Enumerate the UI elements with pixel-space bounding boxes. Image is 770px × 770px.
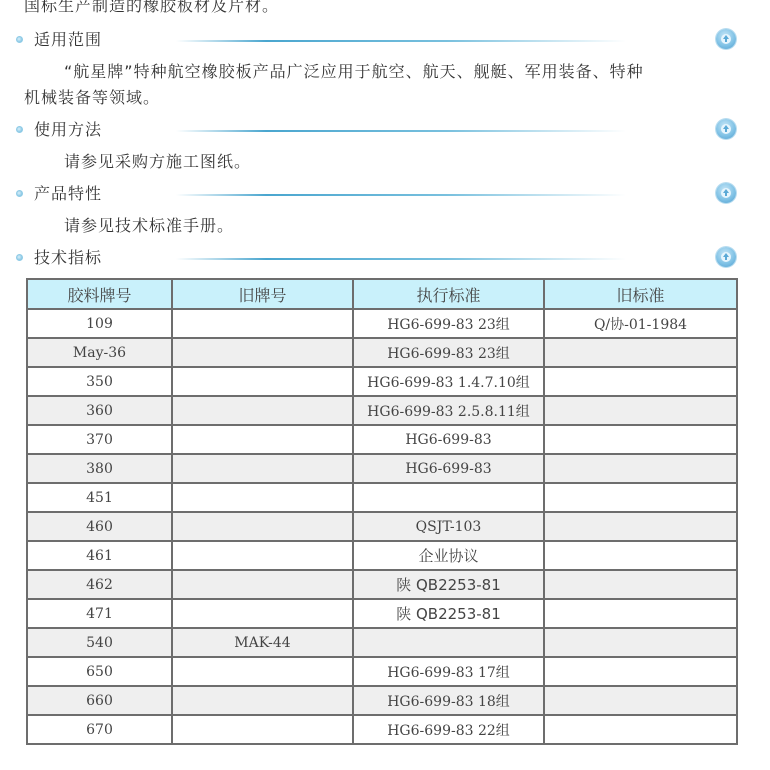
compound-grade-cell: 109 bbox=[27, 309, 172, 338]
old-standard-cell bbox=[544, 425, 737, 454]
standard-cell bbox=[353, 628, 544, 657]
old-grade-cell: MAK-44 bbox=[172, 628, 353, 657]
section-header-usage: 使用方法 bbox=[16, 118, 740, 142]
compound-grade-cell: 650 bbox=[27, 657, 172, 686]
table-row: 471陕 QB2253-81 bbox=[27, 599, 737, 628]
old-standard-cell bbox=[544, 570, 737, 599]
section-body-line: 请参见技术标准手册。 bbox=[64, 214, 234, 238]
old-standard-cell bbox=[544, 338, 737, 367]
section-title: 产品特性 bbox=[34, 182, 102, 206]
old-grade-cell bbox=[172, 454, 353, 483]
compound-grade-cell: 660 bbox=[27, 686, 172, 715]
compound-grade-cell: 540 bbox=[27, 628, 172, 657]
compound-grade-cell: 380 bbox=[27, 454, 172, 483]
compound-grade-cell: May-36 bbox=[27, 338, 172, 367]
table-row: 540MAK-44 bbox=[27, 628, 737, 657]
standard-cell bbox=[353, 483, 544, 512]
section-header-features: 产品特性 bbox=[16, 182, 740, 206]
standard-cell: 陕 QB2253-81 bbox=[353, 599, 544, 628]
standard-cell: HG6-699-83 22组 bbox=[353, 715, 544, 744]
old-grade-cell bbox=[172, 309, 353, 338]
table-row: 670HG6-699-83 22组 bbox=[27, 715, 737, 744]
section-body-line: 请参见采购方施工图纸。 bbox=[64, 150, 251, 174]
back-to-top-icon[interactable] bbox=[716, 183, 736, 203]
old-standard-cell bbox=[544, 512, 737, 541]
table-row: 650HG6-699-83 17组 bbox=[27, 657, 737, 686]
standard-cell: HG6-699-83 17组 bbox=[353, 657, 544, 686]
compound-grade-cell: 670 bbox=[27, 715, 172, 744]
old-standard-cell bbox=[544, 396, 737, 425]
standard-cell: HG6-699-83 23组 bbox=[353, 309, 544, 338]
section-header-specs: 技术指标 bbox=[16, 246, 740, 270]
old-grade-cell bbox=[172, 483, 353, 512]
compound-grade-cell: 350 bbox=[27, 367, 172, 396]
compound-grade-cell: 461 bbox=[27, 541, 172, 570]
section-title: 使用方法 bbox=[34, 118, 102, 142]
intro-text: 国标生产制造的橡胶板材及片材。 bbox=[24, 0, 279, 18]
table-row: 360HG6-699-83 2.5.8.11组 bbox=[27, 396, 737, 425]
column-header-compound-grade: 胶料牌号 bbox=[27, 279, 172, 309]
divider-line bbox=[176, 194, 626, 196]
bullet-icon bbox=[16, 254, 23, 261]
table-header-row: 胶料牌号 旧牌号 执行标准 旧标准 bbox=[27, 279, 737, 309]
table-row: 370HG6-699-83 bbox=[27, 425, 737, 454]
old-standard-cell bbox=[544, 686, 737, 715]
old-grade-cell bbox=[172, 338, 353, 367]
bullet-icon bbox=[16, 36, 23, 43]
compound-grade-cell: 451 bbox=[27, 483, 172, 512]
column-header-old-grade: 旧牌号 bbox=[172, 279, 353, 309]
bullet-icon bbox=[16, 126, 23, 133]
standard-cell: HG6-699-83 23组 bbox=[353, 338, 544, 367]
column-header-standard: 执行标准 bbox=[353, 279, 544, 309]
old-grade-cell bbox=[172, 599, 353, 628]
old-grade-cell bbox=[172, 715, 353, 744]
old-grade-cell bbox=[172, 425, 353, 454]
compound-grade-cell: 360 bbox=[27, 396, 172, 425]
old-standard-cell bbox=[544, 483, 737, 512]
standard-cell: HG6-699-83 bbox=[353, 454, 544, 483]
standard-cell: HG6-699-83 18组 bbox=[353, 686, 544, 715]
standard-cell: QSJT-103 bbox=[353, 512, 544, 541]
old-grade-cell bbox=[172, 541, 353, 570]
old-grade-cell bbox=[172, 657, 353, 686]
bullet-icon bbox=[16, 190, 23, 197]
old-grade-cell bbox=[172, 512, 353, 541]
table-row: 660HG6-699-83 18组 bbox=[27, 686, 737, 715]
standard-cell: 企业协议 bbox=[353, 541, 544, 570]
old-standard-cell bbox=[544, 454, 737, 483]
table-row: 109HG6-699-83 23组Q/协-01-1984 bbox=[27, 309, 737, 338]
divider-line bbox=[176, 40, 626, 42]
old-grade-cell bbox=[172, 570, 353, 599]
back-to-top-icon[interactable] bbox=[716, 29, 736, 49]
table-row: 462陕 QB2253-81 bbox=[27, 570, 737, 599]
old-standard-cell bbox=[544, 657, 737, 686]
back-to-top-icon[interactable] bbox=[716, 119, 736, 139]
standard-cell: HG6-699-83 bbox=[353, 425, 544, 454]
old-standard-cell bbox=[544, 367, 737, 396]
table-row: 350HG6-699-83 1.4.7.10组 bbox=[27, 367, 737, 396]
compound-grade-cell: 370 bbox=[27, 425, 172, 454]
compound-grade-cell: 471 bbox=[27, 599, 172, 628]
standard-cell: 陕 QB2253-81 bbox=[353, 570, 544, 599]
section-header-scope: 适用范围 bbox=[16, 28, 740, 52]
old-grade-cell bbox=[172, 686, 353, 715]
standard-cell: HG6-699-83 2.5.8.11组 bbox=[353, 396, 544, 425]
table-row: 380HG6-699-83 bbox=[27, 454, 737, 483]
back-to-top-icon[interactable] bbox=[716, 247, 736, 267]
table-row: 461企业协议 bbox=[27, 541, 737, 570]
standard-cell: HG6-699-83 1.4.7.10组 bbox=[353, 367, 544, 396]
spec-table: 胶料牌号 旧牌号 执行标准 旧标准 109HG6-699-83 23组Q/协-0… bbox=[26, 278, 738, 745]
compound-grade-cell: 460 bbox=[27, 512, 172, 541]
column-header-old-standard: 旧标准 bbox=[544, 279, 737, 309]
compound-grade-cell: 462 bbox=[27, 570, 172, 599]
section-title: 技术指标 bbox=[34, 246, 102, 270]
old-standard-cell bbox=[544, 715, 737, 744]
divider-line bbox=[176, 130, 626, 132]
old-standard-cell bbox=[544, 541, 737, 570]
section-body-line: “航星牌”特种航空橡胶板产品广泛应用于航空、航天、舰艇、军用装备、特种 bbox=[64, 60, 644, 84]
section-body-line: 机械装备等领域。 bbox=[24, 86, 160, 110]
table-row: 451 bbox=[27, 483, 737, 512]
table-row: May-36HG6-699-83 23组 bbox=[27, 338, 737, 367]
old-grade-cell bbox=[172, 367, 353, 396]
divider-line bbox=[176, 258, 626, 260]
table-row: 460QSJT-103 bbox=[27, 512, 737, 541]
old-standard-cell bbox=[544, 628, 737, 657]
old-standard-cell: Q/协-01-1984 bbox=[544, 309, 737, 338]
old-standard-cell bbox=[544, 599, 737, 628]
old-grade-cell bbox=[172, 396, 353, 425]
section-title: 适用范围 bbox=[34, 28, 102, 52]
